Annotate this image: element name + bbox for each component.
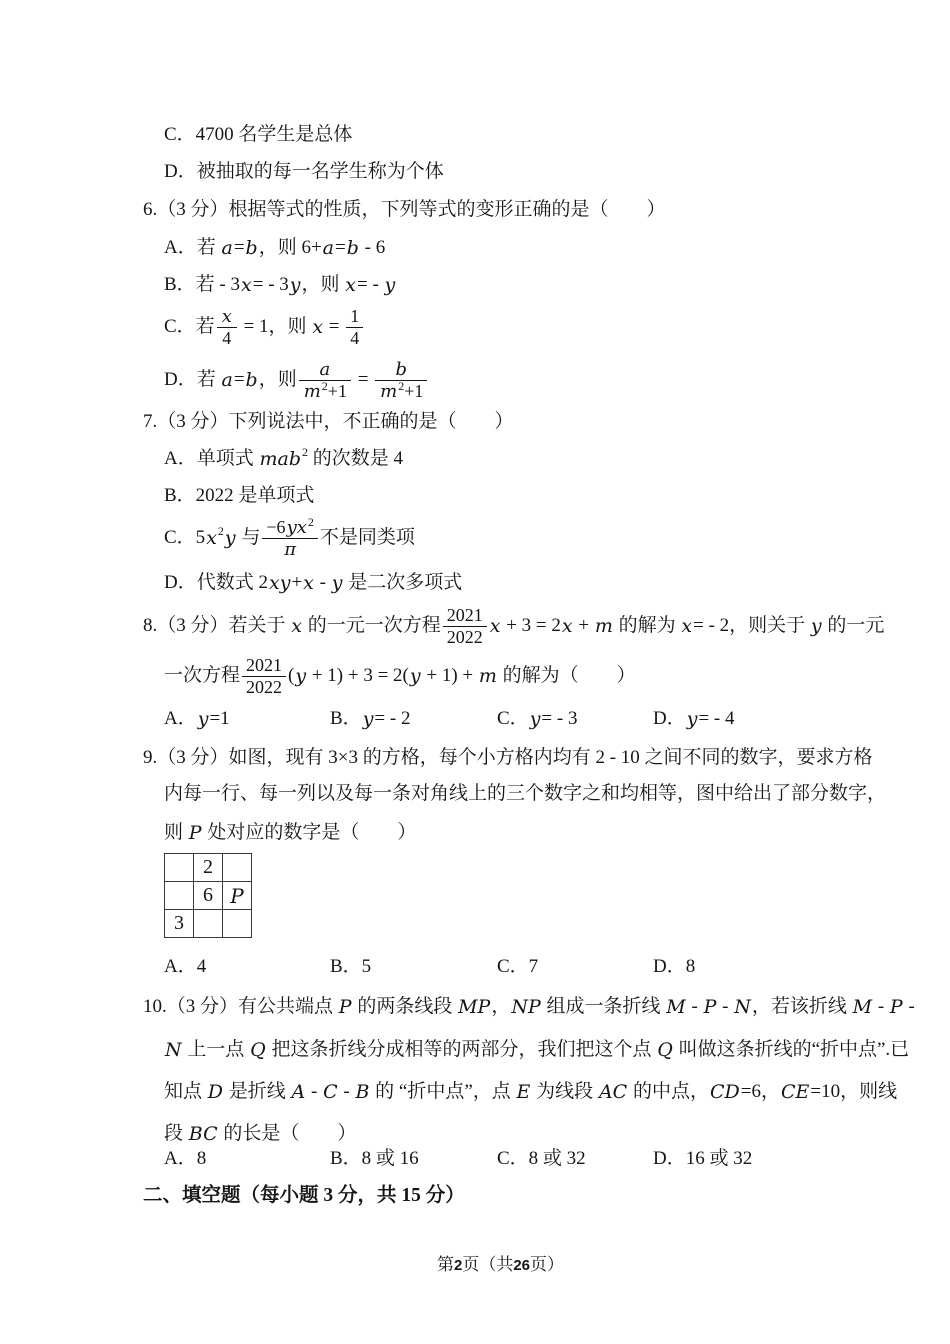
fraction-denominator: 4 (346, 328, 363, 349)
q9-option-c: C．7 (497, 956, 653, 978)
q10-option-a: A．8 (164, 1148, 330, 1170)
math-variable: x (311, 316, 324, 338)
math-variable: yx (286, 517, 308, 538)
math-variable: BC (188, 1123, 219, 1145)
text-segment: 是二次多项式 (343, 572, 462, 594)
q7-option-b: B．2022 是单项式 (164, 485, 314, 507)
math-variable: C (322, 1081, 339, 1103)
q7-option-a: A．单项式 mab2 的次数是 4 (164, 448, 403, 470)
text-segment: 10.（3 分）有公共端点 (143, 996, 338, 1018)
text-segment: B． (330, 708, 362, 730)
math-variable: y (409, 665, 422, 687)
text-segment: - (306, 1081, 322, 1103)
text-segment: D．若 (164, 369, 220, 391)
footer-text: 第 (437, 1255, 454, 1274)
fraction-numerator: −6yx2 (262, 517, 317, 538)
math-variable: y (331, 572, 344, 594)
text-segment: = - 3 (253, 274, 289, 296)
text-segment: ， (491, 996, 510, 1018)
math-variable: a (220, 369, 233, 391)
q8-option-a: A．y=1 (164, 708, 330, 730)
q10-stem-line1: 10.（3 分）有公共端点 P 的两条线段 MP，NP 组成一条折线 M - P… (143, 996, 915, 1018)
text-segment: 是折线 (224, 1081, 291, 1103)
text-segment: + 1) + (422, 665, 478, 687)
grid-cell: 6 (194, 882, 223, 910)
q6-option-d: D．若 a=b，则am2+1 = bm2+1 (164, 357, 429, 403)
math-variable: P (889, 996, 904, 1018)
math-variable: AC (598, 1081, 628, 1103)
text-segment: + 1) + 3 = 2( (307, 665, 409, 687)
q7-stem: 7.（3 分）下列说法中，不正确的是（ ） (143, 411, 514, 433)
text-segment: - (339, 1081, 355, 1103)
math-variable: MP (457, 996, 491, 1018)
math-variable: E (516, 1081, 532, 1103)
grid-cell: 3 (165, 910, 194, 938)
fraction-numerator: b (391, 359, 413, 380)
math-variable: a (318, 359, 331, 380)
fraction-denominator: π (279, 539, 301, 560)
q6-option-c: C．若x4 = 1，则 x = 14 (164, 304, 365, 350)
text-segment: 2021 (447, 605, 483, 625)
math-variable: A (291, 1081, 307, 1103)
q8-option-b: B．y= - 2 (330, 708, 497, 730)
text-segment: 则 (164, 822, 188, 844)
exam-paper-page: C．4700 名学生是总体 D．被抽取的每一名学生称为个体 6.（3 分）根据等… (0, 0, 950, 1344)
math-variable: m (379, 381, 398, 402)
text-segment: + (574, 615, 594, 637)
grid-cell (165, 854, 194, 882)
text-segment: 的解为（ ） (498, 665, 636, 687)
grid-cell (223, 854, 252, 882)
q9-options-row: A．4 B．5 C．7 D．8 (164, 956, 695, 978)
text-segment: 的解为 (614, 615, 681, 637)
math-variable: y (289, 274, 302, 296)
text-segment: C．若 (164, 316, 215, 338)
q10-stem-line3: 知点 D 是折线 A - C - B 的 “折中点”，点 E 为线段 AC 的中… (164, 1081, 897, 1103)
math-variable: N (733, 996, 752, 1018)
math-fraction: 14 (346, 306, 363, 349)
math-variable: P (338, 996, 353, 1018)
math-fraction: am2+1 (299, 359, 351, 402)
q10-option-b: B．8 或 16 (330, 1148, 497, 1170)
grid-cell-p: P (223, 882, 252, 910)
grid-row: 6 P (165, 882, 252, 910)
text-segment: 的长是（ ） (219, 1123, 357, 1145)
math-variable: m (478, 665, 498, 687)
text-segment: 处对应的数字是（ ） (203, 822, 417, 844)
text-segment: 8.（3 分）若关于 (143, 615, 290, 637)
math-variable: NP (510, 996, 541, 1018)
math-fraction: bm2+1 (375, 359, 427, 402)
q9-stem-line1: 9.（3 分）如图，现有 3×3 的方格，每个小方格内均有 2 - 10 之间不… (143, 747, 873, 769)
q6-option-a: A．若 a=b，则 6+a=b - 6 (164, 237, 385, 259)
text-segment: 的两条线段 (353, 996, 458, 1018)
fraction-denominator: 2022 (242, 677, 286, 698)
text-segment: = - 2，则关于 (693, 615, 810, 637)
text-segment: = 1，则 (239, 316, 311, 338)
grid-cell (165, 882, 194, 910)
text-segment: - 6 (360, 237, 385, 259)
math-fraction: 20212022 (443, 605, 487, 648)
text-segment: ，若该折线 (752, 996, 852, 1018)
q10-stem-line2: N 上一点 Q 把这条折线分成相等的两部分，我们把这个点 Q 叫做这条折线的“折… (164, 1039, 909, 1061)
fraction-denominator: m2+1 (299, 381, 351, 402)
text-segment: 2022 (447, 627, 483, 647)
math-variable: Q (656, 1039, 674, 1061)
text-segment: - (717, 996, 733, 1018)
math-variable: a (220, 237, 233, 259)
math-variable: y (810, 615, 823, 637)
text-segment: + (291, 572, 302, 594)
math-variable: b (245, 237, 259, 259)
math-variable: x (561, 615, 574, 637)
footer-total-pages: 26 (513, 1257, 530, 1274)
math-variable: y (362, 708, 375, 730)
text-segment: 的次数是 4 (308, 448, 403, 470)
math-variable: Q (249, 1039, 267, 1061)
math-variable: M (852, 996, 873, 1018)
text-segment: = (353, 369, 373, 391)
grid-cell (194, 910, 223, 938)
math-variable: mab (258, 448, 302, 470)
math-fraction: x4 (217, 306, 237, 349)
text-segment: 把这条折线分成相等的两部分，我们把这个点 (267, 1039, 657, 1061)
text-segment: C．5 (164, 527, 205, 549)
fraction-numerator: a (314, 359, 335, 380)
text-segment: = (335, 237, 346, 259)
math-variable: D (207, 1081, 224, 1103)
text-segment: = (234, 237, 245, 259)
math-variable: x (680, 615, 693, 637)
math-variable: x (290, 615, 303, 637)
fraction-numerator: x (217, 306, 237, 327)
text-segment: 1 (350, 306, 359, 326)
math-variable: m (303, 381, 322, 402)
text-segment: 的 “折中点”，点 (370, 1081, 515, 1103)
text-segment: 段 (164, 1123, 188, 1145)
q5-option-d: D．被抽取的每一名学生称为个体 (164, 161, 444, 183)
text-segment: A． (164, 708, 197, 730)
math-variable: x (205, 527, 218, 549)
text-segment: +1 (328, 381, 347, 401)
text-segment: 组成一条折线 (542, 996, 666, 1018)
text-segment: - (687, 996, 703, 1018)
q9-option-d: D．8 (653, 956, 695, 978)
text-segment: =10，则线 (810, 1081, 897, 1103)
q9-option-b: B．5 (330, 956, 497, 978)
text-segment: ，则 (259, 369, 297, 391)
text-segment: =6， (741, 1081, 780, 1103)
text-segment: −6 (266, 517, 285, 537)
fraction-numerator: 1 (346, 306, 363, 327)
math-variable: N (164, 1039, 183, 1061)
fraction-denominator: m2+1 (375, 381, 427, 402)
q8-option-c: C．y= - 3 (497, 708, 653, 730)
text-segment: = (324, 316, 344, 338)
q10-option-c: C．8 或 32 (497, 1148, 653, 1170)
text-segment: 2022 (246, 677, 282, 697)
text-segment: 知点 (164, 1081, 207, 1103)
math-variable: m (594, 615, 614, 637)
q7-option-d: D．代数式 2xy+x - y 是二次多项式 (164, 572, 462, 594)
math-variable: y (224, 527, 237, 549)
text-segment: D． (653, 708, 686, 730)
math-variable: x (489, 615, 502, 637)
q8-option-d: D．y= - 4 (653, 708, 735, 730)
text-segment: 的一元 (823, 615, 885, 637)
math-variable: π (283, 539, 297, 560)
text-segment: 上一点 (183, 1039, 250, 1061)
q9-magic-square-grid: 2 6 P 3 (164, 853, 252, 938)
q8-options-row: A．y=1 B．y= - 2 C．y= - 3 D．y= - 4 (164, 708, 735, 730)
math-variable: x (221, 306, 233, 327)
grid-cell (223, 910, 252, 938)
math-variable: x (240, 274, 253, 296)
math-variable: xy (268, 572, 291, 594)
grid-row: 3 (165, 910, 252, 938)
section-2-heading: 二、填空题（每小题 3 分，共 15 分） (143, 1185, 465, 1207)
grid-row: 2 (165, 854, 252, 882)
page-footer: 第2页（共26页） (420, 1230, 564, 1295)
fraction-numerator: 2021 (242, 655, 286, 676)
math-variable: y (197, 708, 210, 730)
math-variable: y (686, 708, 699, 730)
q10-stem-line4: 段 BC 的长是（ ） (164, 1123, 356, 1145)
q8-stem-line1: 8.（3 分）若关于 x 的一元一次方程20212022x + 3 = 2x +… (143, 603, 884, 649)
footer-text: 页） (530, 1255, 564, 1274)
text-segment: +1 (404, 381, 423, 401)
text-segment: B．若 - 3 (164, 274, 240, 296)
q9-option-a: A．4 (164, 956, 330, 978)
text-segment: 叫做这条折线的“折中点”.已 (674, 1039, 909, 1061)
text-segment: 不是同类项 (320, 527, 415, 549)
text-segment: ，则 6+ (259, 237, 322, 259)
math-variable: P (188, 822, 203, 844)
math-fraction: 20212022 (242, 655, 286, 698)
text-segment: - (873, 996, 889, 1018)
q10-option-d: D．16 或 32 (653, 1148, 752, 1170)
math-variable: a (322, 237, 335, 259)
text-segment: ，则 (302, 274, 345, 296)
text-segment: 4 (350, 328, 359, 348)
text-segment: = (234, 369, 245, 391)
math-variable: P (703, 996, 718, 1018)
fraction-numerator: 2021 (443, 605, 487, 626)
text-segment: 一次方程 (164, 665, 240, 687)
math-fraction: −6yx2π (262, 517, 317, 560)
math-superscript: 2 (308, 515, 314, 529)
text-segment: 2021 (246, 655, 282, 675)
q6-option-b: B．若 - 3x= - 3y，则 x= - y (164, 274, 396, 296)
text-segment: =1 (209, 708, 229, 730)
text-segment: - (904, 996, 915, 1018)
math-variable: x (302, 572, 315, 594)
text-segment: 的一元一次方程 (303, 615, 441, 637)
math-variable: B (354, 1081, 370, 1103)
q6-stem: 6.（3 分）根据等式的性质，下列等式的变形正确的是（ ） (143, 199, 666, 221)
text-segment: = - (357, 274, 384, 296)
q9-stem-line2: 内每一行、每一列以及每一条对角线上的三个数字之和均相等，图中给出了部分数字， (164, 783, 886, 805)
text-segment: - (315, 572, 331, 594)
text-segment: 与 (237, 527, 261, 549)
q9-stem-line3: 则 P 处对应的数字是（ ） (164, 822, 416, 844)
footer-text: 页（共 (462, 1255, 513, 1274)
text-segment: A．若 (164, 237, 220, 259)
text-segment: = - 2 (374, 708, 410, 730)
math-variable: CD (709, 1081, 741, 1103)
math-variable: y (384, 274, 397, 296)
q5-option-c: C．4700 名学生是总体 (164, 124, 352, 146)
q7-option-c: C．5x2y 与−6yx2π不是同类项 (164, 515, 415, 561)
text-segment: 为线段 (531, 1081, 598, 1103)
math-variable: M (665, 996, 686, 1018)
text-segment: 的中点， (628, 1081, 709, 1103)
math-variable: b (346, 237, 360, 259)
text-segment: A．单项式 (164, 448, 258, 470)
text-segment: C． (497, 708, 529, 730)
math-variable: x (344, 274, 357, 296)
text-segment: = - 3 (541, 708, 577, 730)
q8-stem-line2: 一次方程20212022(y + 1) + 3 = 2(y + 1) + m 的… (164, 653, 636, 699)
q10-options-row: A．8 B．8 或 16 C．8 或 32 D．16 或 32 (164, 1148, 752, 1170)
text-segment: D．代数式 2 (164, 572, 268, 594)
math-variable: y (529, 708, 542, 730)
fraction-denominator: 2022 (443, 627, 487, 648)
text-segment: + 3 = 2 (501, 615, 560, 637)
text-segment: = - 4 (698, 708, 734, 730)
math-variable: CE (780, 1081, 810, 1103)
grid-cell: 2 (194, 854, 223, 882)
fraction-denominator: 4 (218, 328, 235, 349)
text-segment: 4 (222, 328, 231, 348)
math-variable: y (294, 665, 307, 687)
math-variable: b (395, 359, 409, 380)
math-variable: b (245, 369, 259, 391)
